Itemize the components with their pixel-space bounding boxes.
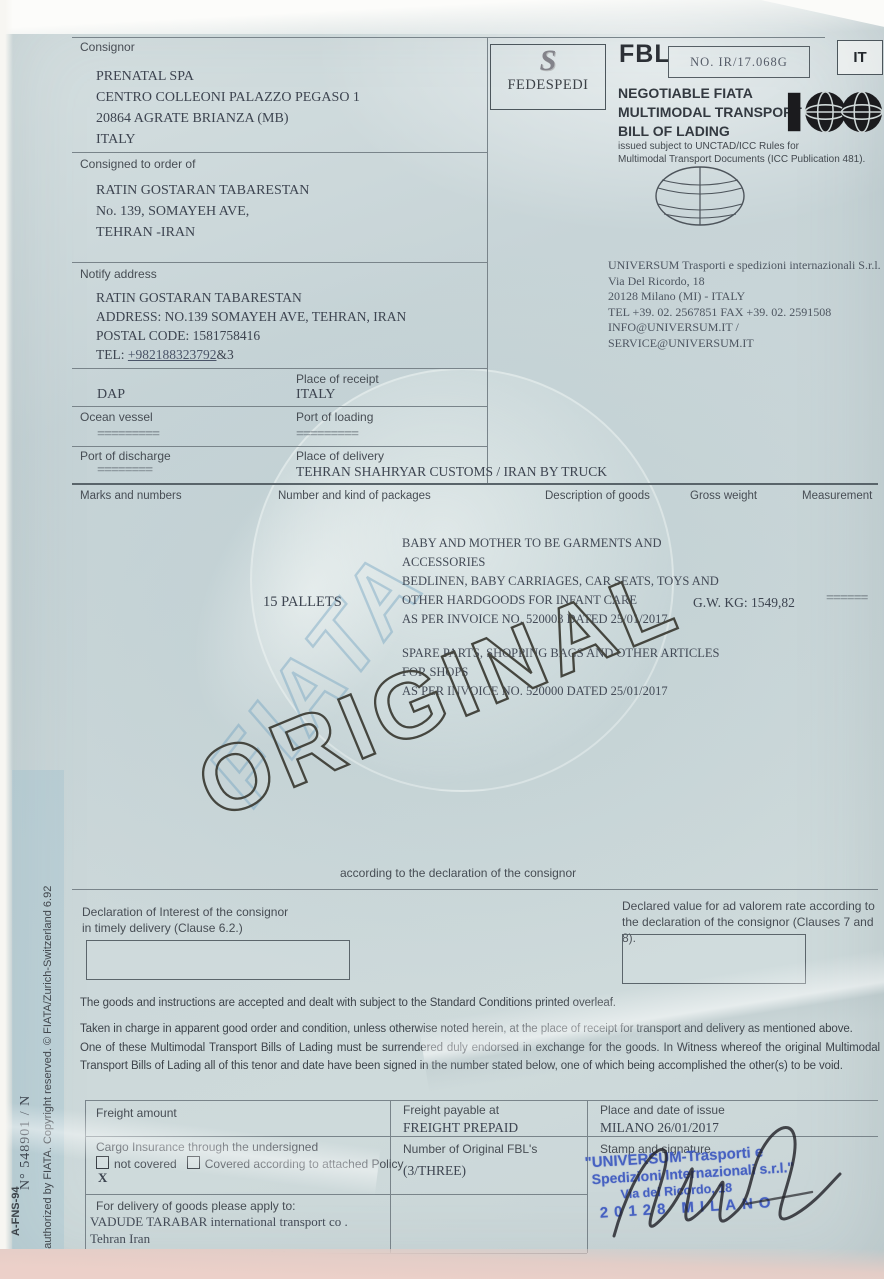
notify-tel-link: +982188323792 (128, 347, 217, 362)
notify-address: RATIN GOSTARAN TABARESTANADDRESS: NO.139… (96, 288, 406, 364)
top-border-line (72, 37, 825, 38)
conditions-p2: Taken in charge in apparent good order a… (80, 1021, 884, 1039)
ocean-vessel-label: Ocean vessel (80, 410, 153, 424)
document-title: NEGOTIABLE FIATAMULTIMODAL TRANSPORTBILL… (618, 84, 802, 141)
goods-header-line (72, 483, 878, 485)
column-measurement: Measurement (802, 490, 872, 502)
bill-of-lading-scan: FIATA Consignor PRENATAL SPACENTRO COLLE… (0, 0, 884, 1279)
section-line (72, 446, 487, 447)
conditions-p1: The goods and instructions are accepted … (80, 995, 880, 1013)
notify-address-lines: RATIN GOSTARAN TABARESTANADDRESS: NO.139… (96, 290, 406, 343)
table-line (85, 1100, 86, 1253)
freight-payable-value: FREIGHT PREPAID (403, 1117, 518, 1138)
not-covered-label: not covered (114, 1157, 177, 1171)
document-subtitle: issued subject to UNCTAD/ICC Rules forMu… (618, 141, 865, 166)
conditions-p3: One of these Multimodal Transport Bills … (80, 1040, 880, 1075)
insurance-label: Cargo Insurance through the undersigned (96, 1140, 318, 1154)
consigned-address: RATIN GOSTARAN TABARESTANNo. 139, SOMAYE… (96, 180, 309, 243)
section-line (72, 152, 487, 153)
ocean-vessel-value: ========= (97, 424, 159, 445)
photo-edge-top (0, 0, 884, 34)
freight-payable-label: Freight payable at (403, 1103, 499, 1117)
place-of-delivery-value: TEHRAN SHAHRYAR CUSTOMS / IRAN BY TRUCK (296, 461, 607, 482)
covered-checkbox (187, 1156, 200, 1169)
country-box: IT (837, 40, 883, 75)
port-of-discharge-value: ======== (97, 460, 152, 481)
doc-number-box: NO. IR/17.068G (668, 46, 810, 78)
signature (596, 1108, 856, 1268)
agent-address: UNIVERSUM Trasporti e spedizioni interna… (608, 258, 884, 351)
packages-value: 15 PALLETS (263, 592, 342, 613)
fbl-code: FBL (619, 40, 671, 69)
table-line (390, 1100, 391, 1253)
delivery-label: For delivery of goods please apply to: (96, 1199, 295, 1213)
according-line: according to the declaration of the cons… (340, 866, 576, 880)
dap-value: DAP (97, 384, 125, 405)
port-of-loading-value: ========= (296, 424, 358, 445)
header-divider-line (487, 37, 488, 484)
notify-label: Notify address (80, 267, 157, 281)
icc-logo (786, 86, 884, 138)
globe-line-icon (652, 164, 748, 228)
covered-label: Covered according to attached Policy (205, 1157, 404, 1171)
freight-amount-label: Freight amount (96, 1106, 177, 1120)
fbl-count-label: Number of Original FBL's (403, 1142, 537, 1156)
declared-value-box (622, 934, 806, 984)
sidebar-copyright: Text authorized by FIATA. Copyright rese… (42, 886, 54, 1272)
section-line (72, 406, 487, 407)
fedespedi-swoosh-icon: S (491, 45, 605, 77)
column-marks: Marks and numbers (80, 490, 182, 502)
photo-edge-left (0, 0, 13, 1279)
section-line (72, 368, 487, 369)
fedespedi-logo: S FEDESPEDI (490, 44, 606, 110)
notify-tel: TEL: +982188323792&3 (96, 347, 234, 362)
fedespedi-name: FEDESPEDI (491, 77, 605, 94)
declaration-line (72, 889, 878, 890)
port-of-loading-label: Port of loading (296, 410, 373, 424)
sidebar-serial: N° 548901 / N (18, 1095, 34, 1190)
place-of-receipt-value: ITALY (296, 384, 335, 405)
consignor-address: PRENATAL SPACENTRO COLLEONI PALAZZO PEGA… (96, 66, 360, 150)
interest-value-box (86, 940, 350, 980)
doc-number: NO. IR/17.068G (669, 47, 809, 77)
section-line (72, 262, 487, 263)
fbl-count-value: (3/THREE) (403, 1160, 466, 1181)
column-description: Description of goods (545, 490, 650, 502)
interest-label: Declaration of Interest of the consignor… (82, 904, 288, 936)
delivery-address-lines: VADUDE TARABAR international transport c… (90, 1214, 348, 1246)
consigned-label: Consigned to order of (80, 157, 195, 171)
measurement-value: ====== (826, 588, 867, 609)
table-line (85, 1100, 878, 1101)
table-line (85, 1194, 587, 1195)
insurance-options: not covered Covered according to attache… (96, 1156, 404, 1171)
photo-edge-bottom (0, 1249, 884, 1279)
consignor-label: Consignor (80, 40, 135, 54)
country-code: IT (838, 41, 882, 74)
column-packages: Number and kind of packages (278, 490, 431, 502)
insurance-mark: X (98, 1167, 107, 1188)
